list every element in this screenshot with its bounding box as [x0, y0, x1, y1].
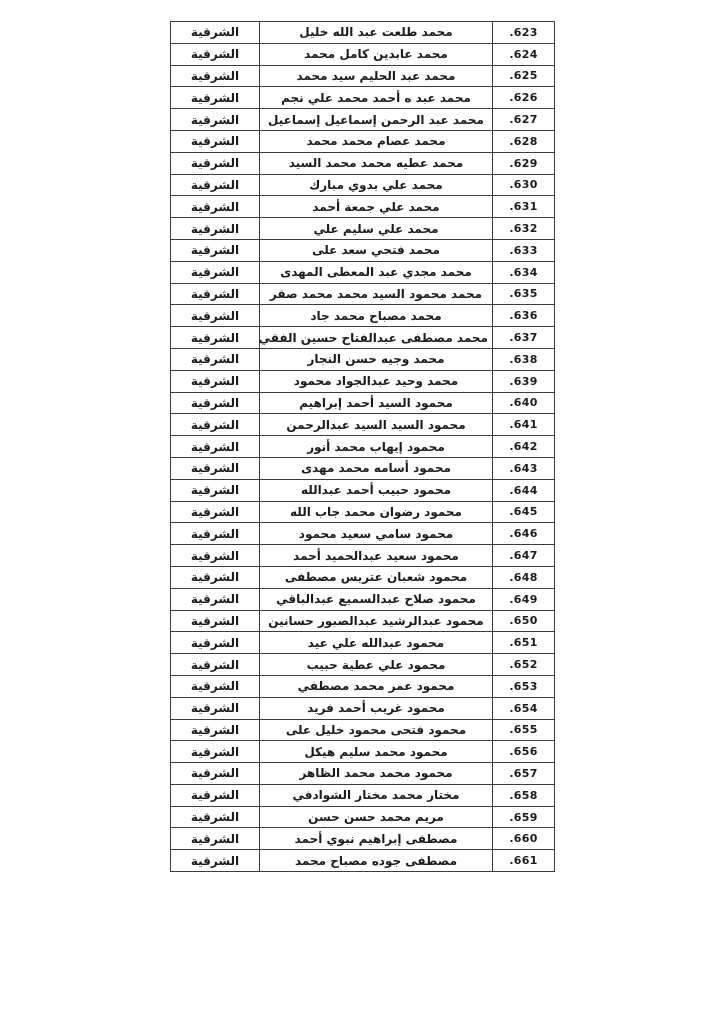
- table-row: .645 محمود رضوان محمد جاب الله الشرقية: [171, 501, 555, 523]
- serial-number-cell: .636: [493, 305, 555, 327]
- governorate-cell: الشرقية: [171, 261, 260, 283]
- table-row: .638 محمد وجيه حسن النجار الشرقية: [171, 348, 555, 370]
- person-name-cell: محمد عبد الرحمن إسماعيل إسماعيل: [260, 109, 493, 131]
- serial-number-cell: .654: [493, 697, 555, 719]
- person-name-cell: محمد علي جمعة أحمد: [260, 196, 493, 218]
- person-name-cell: محمد مجدي عبد المعطى المهدى: [260, 261, 493, 283]
- table-row: .654 محمود غريب أحمد فريد الشرقية: [171, 697, 555, 719]
- table-row: .631 محمد علي جمعة أحمد الشرقية: [171, 196, 555, 218]
- table-row: .658 مختار محمد مختار الشوادفي الشرقية: [171, 784, 555, 806]
- table-row: .642 محمود إيهاب محمد أنور الشرقية: [171, 436, 555, 458]
- governorate-cell: الشرقية: [171, 806, 260, 828]
- serial-number-cell: .631: [493, 196, 555, 218]
- table-row: .657 محمود محمد محمد الظاهر الشرقية: [171, 763, 555, 785]
- person-name-cell: محمد عبد الحليم سيد محمد: [260, 65, 493, 87]
- serial-number-cell: .637: [493, 327, 555, 349]
- serial-number-cell: .648: [493, 566, 555, 588]
- person-name-cell: مصطفى إبراهيم نبوي أحمد: [260, 828, 493, 850]
- person-name-cell: محمد طلعت عبد الله خليل: [260, 22, 493, 44]
- person-name-cell: محمود السيد أحمد إبراهيم: [260, 392, 493, 414]
- serial-number-cell: .644: [493, 479, 555, 501]
- governorate-cell: الشرقية: [171, 130, 260, 152]
- table-row: .636 محمد مصباح محمد جاد الشرقية: [171, 305, 555, 327]
- serial-number-cell: .640: [493, 392, 555, 414]
- governorate-cell: الشرقية: [171, 632, 260, 654]
- person-name-cell: مريم محمد حسن حسن: [260, 806, 493, 828]
- table-row: .641 محمود السيد السيد عبدالرحمن الشرقية: [171, 414, 555, 436]
- serial-number-cell: .624: [493, 43, 555, 65]
- governorate-cell: الشرقية: [171, 22, 260, 44]
- serial-number-cell: .653: [493, 675, 555, 697]
- governorate-cell: الشرقية: [171, 610, 260, 632]
- table-row: .655 محمود فتحى محمود خليل على الشرقية: [171, 719, 555, 741]
- serial-number-cell: .626: [493, 87, 555, 109]
- governorate-cell: الشرقية: [171, 414, 260, 436]
- person-name-cell: محمود حبيب أحمد عبدالله: [260, 479, 493, 501]
- person-name-cell: محمود علي عطية حبيب: [260, 654, 493, 676]
- person-name-cell: محمد مصطفى عبدالفتاح حسين الفقي: [260, 327, 493, 349]
- governorate-cell: الشرقية: [171, 174, 260, 196]
- serial-number-cell: .650: [493, 610, 555, 632]
- governorate-cell: الشرقية: [171, 239, 260, 261]
- governorate-cell: الشرقية: [171, 501, 260, 523]
- person-name-cell: محمود صلاح عبدالسميع عبدالباقي: [260, 588, 493, 610]
- table-row: .637 محمد مصطفى عبدالفتاح حسين الفقي الش…: [171, 327, 555, 349]
- table-row: .640 محمود السيد أحمد إبراهيم الشرقية: [171, 392, 555, 414]
- governorate-cell: الشرقية: [171, 588, 260, 610]
- person-name-cell: محمود عبدالله علي عيد: [260, 632, 493, 654]
- person-name-cell: محمود غريب أحمد فريد: [260, 697, 493, 719]
- person-name-cell: محمد عابدين كامل محمد: [260, 43, 493, 65]
- person-name-cell: محمد مصباح محمد جاد: [260, 305, 493, 327]
- governorate-cell: الشرقية: [171, 545, 260, 567]
- table-row: .652 محمود علي عطية حبيب الشرقية: [171, 654, 555, 676]
- table-row: .646 محمود سامي سعيد محمود الشرقية: [171, 523, 555, 545]
- person-name-cell: محمود إيهاب محمد أنور: [260, 436, 493, 458]
- serial-number-cell: .651: [493, 632, 555, 654]
- person-name-cell: محمود السيد السيد عبدالرحمن: [260, 414, 493, 436]
- serial-number-cell: .652: [493, 654, 555, 676]
- serial-number-cell: .623: [493, 22, 555, 44]
- serial-number-cell: .655: [493, 719, 555, 741]
- table-row: .643 محمود أسامه محمد مهدى الشرقية: [171, 457, 555, 479]
- person-name-cell: محمود محمد محمد الظاهر: [260, 763, 493, 785]
- table-row: .649 محمود صلاح عبدالسميع عبدالباقي الشر…: [171, 588, 555, 610]
- governorate-cell: الشرقية: [171, 436, 260, 458]
- serial-number-cell: .649: [493, 588, 555, 610]
- serial-number-cell: .643: [493, 457, 555, 479]
- table-row: .656 محمود محمد سليم هيكل الشرقية: [171, 741, 555, 763]
- serial-number-cell: .641: [493, 414, 555, 436]
- governorate-cell: الشرقية: [171, 523, 260, 545]
- table-row: .653 محمود عمر محمد مصطفي الشرقية: [171, 675, 555, 697]
- governorate-cell: الشرقية: [171, 675, 260, 697]
- roster-table-container: .623 محمد طلعت عبد الله خليل الشرقية .62…: [170, 21, 555, 872]
- table-row: .632 محمد علي سليم علي الشرقية: [171, 218, 555, 240]
- person-name-cell: محمد علي بدوي مبارك: [260, 174, 493, 196]
- governorate-cell: الشرقية: [171, 348, 260, 370]
- person-name-cell: محمود عبدالرشيد عبدالصبور حسانين: [260, 610, 493, 632]
- governorate-cell: الشرقية: [171, 305, 260, 327]
- serial-number-cell: .647: [493, 545, 555, 567]
- person-name-cell: محمود فتحى محمود خليل على: [260, 719, 493, 741]
- serial-number-cell: .639: [493, 370, 555, 392]
- table-row: .639 محمد وحيد عبدالجواد محمود الشرقية: [171, 370, 555, 392]
- table-row: .626 محمد عبد ه أحمد محمد علي نجم الشرقي…: [171, 87, 555, 109]
- table-row: .644 محمود حبيب أحمد عبدالله الشرقية: [171, 479, 555, 501]
- person-name-cell: محمد عطيه محمد محمد السيد: [260, 152, 493, 174]
- governorate-cell: الشرقية: [171, 196, 260, 218]
- governorate-cell: الشرقية: [171, 109, 260, 131]
- serial-number-cell: .628: [493, 130, 555, 152]
- table-row: .625 محمد عبد الحليم سيد محمد الشرقية: [171, 65, 555, 87]
- person-name-cell: محمود عمر محمد مصطفي: [260, 675, 493, 697]
- serial-number-cell: .627: [493, 109, 555, 131]
- table-row: .633 محمد فتحي سعد على الشرقية: [171, 239, 555, 261]
- governorate-cell: الشرقية: [171, 392, 260, 414]
- person-name-cell: محمد علي سليم علي: [260, 218, 493, 240]
- governorate-cell: الشرقية: [171, 152, 260, 174]
- serial-number-cell: .632: [493, 218, 555, 240]
- table-row: .651 محمود عبدالله علي عيد الشرقية: [171, 632, 555, 654]
- serial-number-cell: .656: [493, 741, 555, 763]
- person-name-cell: محمد وجيه حسن النجار: [260, 348, 493, 370]
- governorate-cell: الشرقية: [171, 697, 260, 719]
- person-name-cell: محمد فتحي سعد على: [260, 239, 493, 261]
- table-row: .659 مريم محمد حسن حسن الشرقية: [171, 806, 555, 828]
- table-row: .624 محمد عابدين كامل محمد الشرقية: [171, 43, 555, 65]
- governorate-cell: الشرقية: [171, 370, 260, 392]
- person-name-cell: محمد عصام محمد محمد: [260, 130, 493, 152]
- person-name-cell: مختار محمد مختار الشوادفي: [260, 784, 493, 806]
- governorate-cell: الشرقية: [171, 850, 260, 872]
- table-row: .630 محمد علي بدوي مبارك الشرقية: [171, 174, 555, 196]
- table-row: .627 محمد عبد الرحمن إسماعيل إسماعيل الش…: [171, 109, 555, 131]
- governorate-cell: الشرقية: [171, 65, 260, 87]
- governorate-cell: الشرقية: [171, 741, 260, 763]
- table-row: .648 محمود شعبان عتريس مصطفى الشرقية: [171, 566, 555, 588]
- person-name-cell: محمود سعيد عبدالحميد أحمد: [260, 545, 493, 567]
- table-row: .661 مصطفى جوده مصباح محمد الشرقية: [171, 850, 555, 872]
- table-row: .647 محمود سعيد عبدالحميد أحمد الشرقية: [171, 545, 555, 567]
- serial-number-cell: .660: [493, 828, 555, 850]
- serial-number-cell: .625: [493, 65, 555, 87]
- person-name-cell: محمود أسامه محمد مهدى: [260, 457, 493, 479]
- serial-number-cell: .635: [493, 283, 555, 305]
- person-name-cell: محمد محمود السيد محمد محمد صقر: [260, 283, 493, 305]
- table-row: .634 محمد مجدي عبد المعطى المهدى الشرقية: [171, 261, 555, 283]
- serial-number-cell: .645: [493, 501, 555, 523]
- table-row: .650 محمود عبدالرشيد عبدالصبور حسانين ال…: [171, 610, 555, 632]
- person-name-cell: محمود شعبان عتريس مصطفى: [260, 566, 493, 588]
- governorate-cell: الشرقية: [171, 218, 260, 240]
- governorate-cell: الشرقية: [171, 784, 260, 806]
- table-row: .629 محمد عطيه محمد محمد السيد الشرقية: [171, 152, 555, 174]
- roster-table: .623 محمد طلعت عبد الله خليل الشرقية .62…: [170, 21, 555, 872]
- governorate-cell: الشرقية: [171, 828, 260, 850]
- serial-number-cell: .646: [493, 523, 555, 545]
- governorate-cell: الشرقية: [171, 43, 260, 65]
- table-row: .660 مصطفى إبراهيم نبوي أحمد الشرقية: [171, 828, 555, 850]
- serial-number-cell: .658: [493, 784, 555, 806]
- table-row: .635 محمد محمود السيد محمد محمد صقر الشر…: [171, 283, 555, 305]
- person-name-cell: محمد عبد ه أحمد محمد علي نجم: [260, 87, 493, 109]
- governorate-cell: الشرقية: [171, 87, 260, 109]
- governorate-cell: الشرقية: [171, 283, 260, 305]
- person-name-cell: محمود سامي سعيد محمود: [260, 523, 493, 545]
- governorate-cell: الشرقية: [171, 479, 260, 501]
- governorate-cell: الشرقية: [171, 719, 260, 741]
- serial-number-cell: .657: [493, 763, 555, 785]
- serial-number-cell: .634: [493, 261, 555, 283]
- table-row: .623 محمد طلعت عبد الله خليل الشرقية: [171, 22, 555, 44]
- person-name-cell: محمد وحيد عبدالجواد محمود: [260, 370, 493, 392]
- governorate-cell: الشرقية: [171, 566, 260, 588]
- serial-number-cell: .642: [493, 436, 555, 458]
- person-name-cell: محمود محمد سليم هيكل: [260, 741, 493, 763]
- serial-number-cell: .629: [493, 152, 555, 174]
- roster-table-body: .623 محمد طلعت عبد الله خليل الشرقية .62…: [171, 22, 555, 872]
- governorate-cell: الشرقية: [171, 654, 260, 676]
- governorate-cell: الشرقية: [171, 457, 260, 479]
- governorate-cell: الشرقية: [171, 763, 260, 785]
- person-name-cell: محمود رضوان محمد جاب الله: [260, 501, 493, 523]
- serial-number-cell: .661: [493, 850, 555, 872]
- serial-number-cell: .638: [493, 348, 555, 370]
- serial-number-cell: .633: [493, 239, 555, 261]
- serial-number-cell: .659: [493, 806, 555, 828]
- governorate-cell: الشرقية: [171, 327, 260, 349]
- person-name-cell: مصطفى جوده مصباح محمد: [260, 850, 493, 872]
- serial-number-cell: .630: [493, 174, 555, 196]
- table-row: .628 محمد عصام محمد محمد الشرقية: [171, 130, 555, 152]
